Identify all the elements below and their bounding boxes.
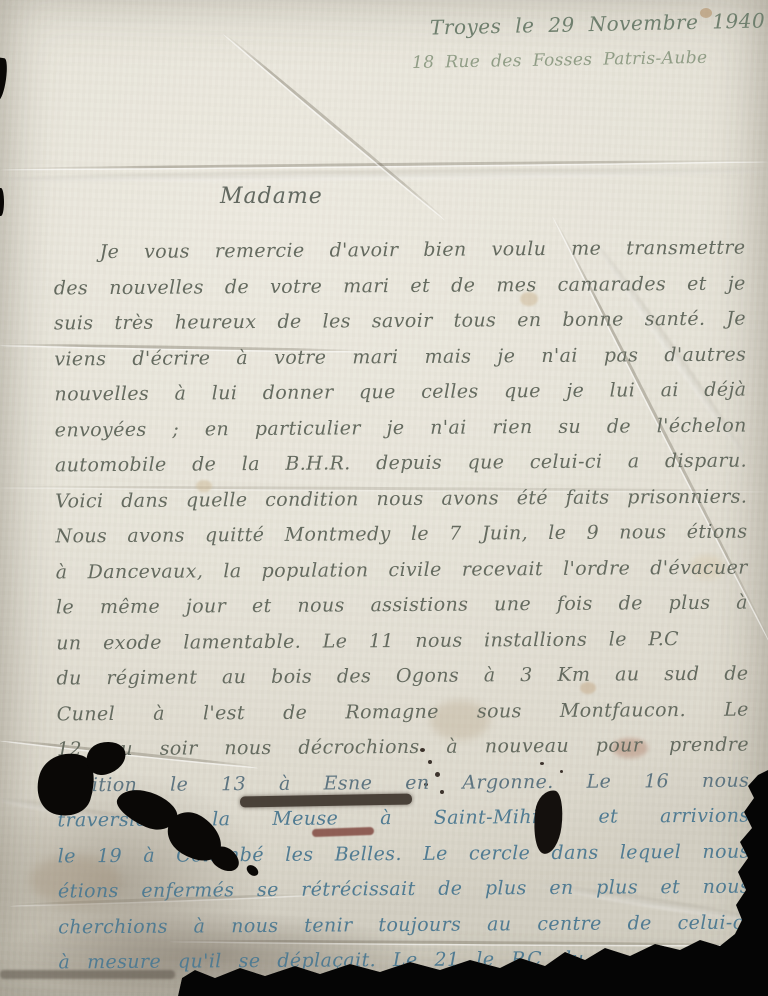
letter-line: 12 au soir nous décrochions à nouveau po… [57, 728, 749, 768]
letter-line: du régiment au bois des Ogons à 3 Km au … [56, 657, 748, 697]
letter-photo: Troyes le 29 Novembre 1940 18 Rue des Fo… [0, 0, 768, 996]
letter-line: automobile de la B.H.R. depuis que celui… [55, 444, 747, 484]
letter-line: traversions la Meuse à Saint-Mihiel et a… [57, 799, 749, 839]
letter-line: cherchions à nous tenir toujours au cent… [58, 905, 750, 945]
letter-place-date: Troyes le 29 Novembre 1940 [430, 9, 760, 40]
crease [0, 159, 768, 170]
crease [0, 166, 768, 184]
letter-line: envoyées ; en particulier je n'ai rien s… [55, 408, 747, 448]
letter-address: 18 Rue des Fosses Patris-Aube [412, 47, 752, 73]
letter-line: le 19 à Colombé les Belles. Le cercle da… [58, 834, 750, 874]
letter-line: Je vous remercie d'avoir bien voulu me t… [53, 231, 745, 271]
letter-line: à Dancevaux, la population civile receva… [56, 550, 748, 590]
letter-line: à mesure qu'il se déplaçait. Le 21 le P.… [58, 942, 584, 981]
letter-salutation: Madame [220, 184, 323, 209]
paper-sheet: Troyes le 29 Novembre 1940 18 Rue des Fo… [0, 0, 768, 996]
letter-line: Cunel à l'est de Romagne sous Montfaucon… [57, 692, 749, 732]
letter-line: nouvelles à lui donner que celles que je… [54, 373, 746, 413]
letter-line: des nouvelles de votre mari et de mes ca… [54, 266, 746, 306]
letter-line: un exode lamentable. Le 11 nous installi… [56, 622, 679, 662]
letter-line: le même jour et nous assistions une fois… [56, 586, 748, 626]
letter-line: Voici dans quelle condition nous avons é… [55, 479, 747, 519]
letter-body: Je vous remercie d'avoir bien voulu me t… [53, 231, 750, 981]
letter-line: position le 13 à Esne en Argonne. Le 16 … [57, 763, 749, 803]
letter-line: Nous avons quitté Montmedy le 7 Juin, le… [55, 515, 747, 555]
letter-line: viens d'écrire à votre mari mais je n'ai… [54, 337, 746, 377]
letter-line: suis très heureux de les savoir tous en … [54, 302, 746, 342]
letter-line: étions enfermés se rétrécissait de plus … [58, 870, 750, 910]
